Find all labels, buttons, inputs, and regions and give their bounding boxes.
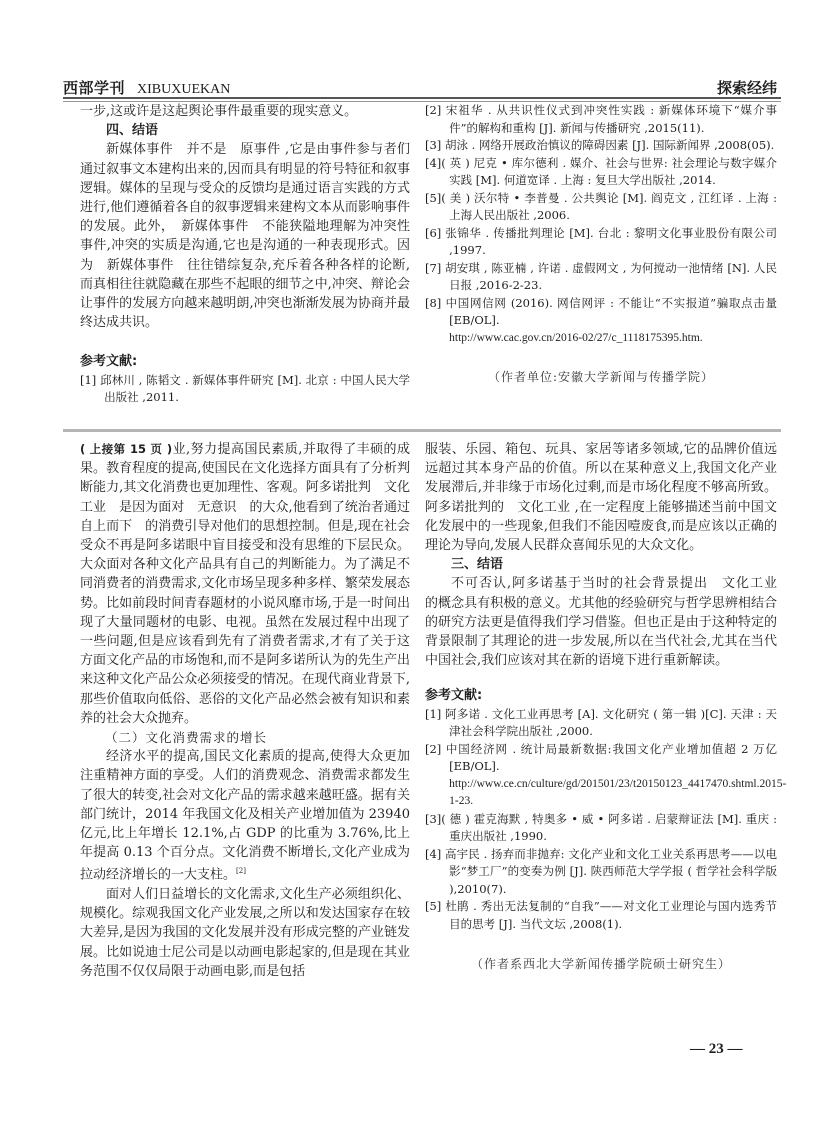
body-paragraph: 经济水平的提高,国民文化素质的提高,使得大众更加注重精神方面的享受。人们的消费观…	[80, 749, 410, 883]
reference-item: [8] 中国网信网 (2016). 网信网评 : 不能让“不实报道”骗取点击量 …	[425, 295, 777, 348]
journal-name-en: XIBUXUEKAN	[137, 82, 230, 97]
top-left-column: 一步,这或许是这起舆论事件最重要的现实意义。 四、结语 新媒体事件 并不是 原事…	[80, 102, 410, 407]
subheading: （二）文化消费需求的增长	[80, 728, 410, 747]
bottom-left-column: ( 上接第 15 页 )业,努力提高国民素质,并取得了丰硕的成果。教育程度的提高…	[80, 440, 410, 981]
reference-item: [2] 中国经济网 . 统计局最新数据:我国文化产业增加值超 2 万亿 [EB/…	[425, 741, 777, 811]
author-affiliation: （作者单位:安徽大学新闻与传播学院）	[425, 369, 777, 387]
reference-item: [3] 胡泳 . 网络开展政治慎议的障碍因素 [J]. 国际新闻界 ,2008(…	[425, 137, 777, 155]
conclusion-paragraph: 新媒体事件 并不是 原事件 ,它是由事件参与者们通过叙事文本建构出来的,因而具有…	[80, 140, 410, 332]
citation-marker: [2]	[236, 867, 246, 875]
continued-from-label: ( 上接第 15 页 )	[80, 442, 172, 456]
reference-link[interactable]: http://www.cac.gov.cn/2016-02/27/c_11181…	[449, 330, 777, 348]
references-title: 参考文献:	[80, 352, 410, 371]
references-title: 参考文献:	[425, 686, 777, 705]
section-heading: 四、结语	[80, 121, 410, 140]
body-paragraph: 服装、乐园、箱包、玩具、家居等诸多领域,它的品牌价值远远超过其本身产品的价值。所…	[425, 440, 777, 555]
reference-link[interactable]: http://www.ce.cn/culture/gd/201501/23/t2…	[449, 776, 777, 811]
header-rule	[63, 97, 781, 99]
article-divider	[63, 429, 781, 432]
reference-item: [4]( 英 ) 尼克 • 库尔德利 . 媒介、社会与世界: 社会理论与数字媒介…	[425, 155, 777, 190]
reference-item: [2] 宋祖华 . 从共识性仪式到冲突性实践 : 新媒体环境下“媒介事件”的解构…	[425, 102, 777, 137]
reference-item: [4] 高宇民 . 扬弃而非抛弃: 文化产业和文化工业关系再思考——以电影“梦工…	[425, 846, 777, 899]
opening-line: 一步,这或许是这起舆论事件最重要的现实意义。	[80, 102, 410, 121]
conclusion-paragraph: 不可否认,阿多诺基于当时的社会背景提出 文化工业 的概念具有积极的意义。尤其他的…	[425, 574, 777, 670]
reference-item: [5]( 美 ) 沃尔特 • 李普曼 . 公共舆论 [M]. 阎克文 , 江红译…	[425, 190, 777, 225]
journal-name-cn: 西部学刊	[63, 79, 125, 97]
references-list: [1] 阿多诺 . 文化工业再思考 [A]. 文化研究 ( 第一辑 )[C]. …	[425, 706, 777, 934]
running-header: 西部学刊XIBUXUEKAN 探索经纬	[63, 77, 781, 99]
top-right-column: [2] 宋祖华 . 从共识性仪式到冲突性实践 : 新媒体环境下“媒介事件”的解构…	[425, 102, 777, 387]
body-paragraph: 面对人们日益增长的文化需求,文化生产必须组织化、规模化。综观我国文化产业发展,之…	[80, 885, 410, 981]
column-name: 探索经纬	[717, 77, 777, 98]
journal-name: 西部学刊XIBUXUEKAN	[63, 77, 230, 98]
bottom-right-column: 服装、乐园、箱包、玩具、家居等诸多领域,它的品牌价值远远超过其本身产品的价值。所…	[425, 440, 777, 974]
page-number: — 23 —	[690, 1041, 743, 1058]
reference-item: [5] 杜鹃 . 秀出无法复制的“自我”——对文化工业理论与国内选秀节目的思考 …	[425, 898, 777, 933]
reference-item: [6] 张锦华 . 传播批判理论 [M]. 台北 : 黎明文化事业股份有限公司 …	[425, 225, 777, 260]
reference-item: [1] 邱林川 , 陈韬文 . 新媒体事件研究 [M]. 北京 : 中国人民大学…	[80, 372, 410, 407]
reference-item: [1] 阿多诺 . 文化工业再思考 [A]. 文化研究 ( 第一辑 )[C]. …	[425, 706, 777, 741]
reference-item: [7] 胡安琪 , 陈亚楠 , 许诺 . 虚假网文 , 为何搅动一池情绪 [N]…	[425, 260, 777, 295]
body-paragraph: 业,努力提高国民素质,并取得了丰硕的成果。教育程度的提高,使国民在文化选择方面具…	[80, 442, 423, 726]
author-affiliation: （作者系西北大学新闻传播学院硕士研究生）	[425, 955, 777, 974]
section-heading: 三、结语	[425, 555, 777, 574]
references-list: [1] 邱林川 , 陈韬文 . 新媒体事件研究 [M]. 北京 : 中国人民大学…	[80, 372, 410, 407]
reference-item: [3]( 德 ) 霍克海默 , 特奥多 • 威 • 阿多诺 . 启蒙辩证法 [M…	[425, 811, 777, 846]
